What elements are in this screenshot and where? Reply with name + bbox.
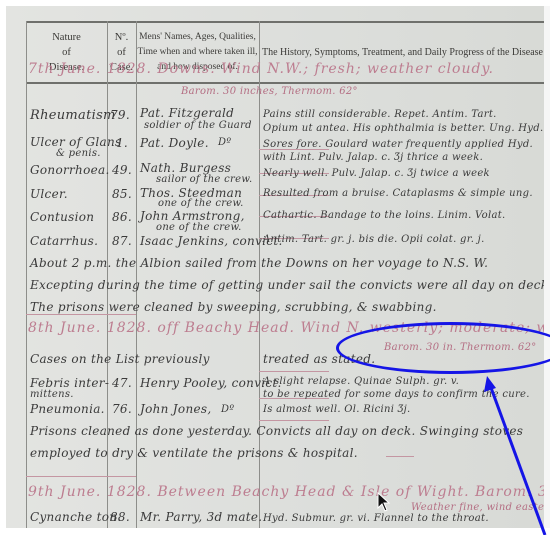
mouse-cursor-icon bbox=[377, 492, 391, 512]
history-line: Antim. Tart. gr. j. bis die. Opii colat.… bbox=[263, 234, 485, 245]
header-bottom-rule bbox=[26, 82, 544, 84]
journal-page: Nature of Disease. Nº. of Case. Mens' Na… bbox=[6, 6, 544, 528]
header-text: Nature bbox=[26, 30, 107, 45]
header-text: of bbox=[26, 45, 107, 60]
name-cell: Pat. Fitzgerald bbox=[140, 106, 234, 120]
case-number-cell: 85. bbox=[112, 187, 132, 201]
case-number-cell: 79. bbox=[110, 108, 130, 122]
name-note: sailor of the crew. bbox=[156, 174, 252, 185]
disease-cell: Pneumonia. bbox=[30, 402, 105, 416]
disease-cell: Febris inter- bbox=[30, 376, 109, 390]
name-cell: Henry Pooley, convict. bbox=[140, 376, 282, 390]
name-cell: Nath. Burgess bbox=[140, 161, 231, 175]
column-divider-left bbox=[26, 21, 27, 528]
name-note: soldier of the Guard bbox=[144, 120, 252, 131]
case-number-cell: 49. bbox=[112, 163, 132, 177]
disease-cell: Catarrhus. bbox=[30, 234, 98, 248]
red-separator bbox=[259, 371, 329, 372]
red-separator bbox=[259, 420, 329, 421]
name-note: one of the crew. bbox=[156, 222, 242, 233]
case-number-cell: 47. bbox=[112, 376, 132, 390]
date-line-7-june: 7th June. 1828. Downs. Wind N.W.; fresh;… bbox=[28, 61, 494, 77]
journal-note: Excepting during the time of getting und… bbox=[30, 278, 544, 292]
header-text: Nº. bbox=[107, 30, 136, 45]
journal-note: About 2 p.m. the Albion sailed from the … bbox=[30, 256, 488, 270]
journal-note: Prisons cleaned as done yesterday. Convi… bbox=[30, 424, 523, 438]
journal-note: employed to dry & ventilate the prisons … bbox=[30, 446, 358, 460]
name-note: one of the crew. bbox=[158, 198, 244, 209]
history-line: to be repeated for some days to confirm … bbox=[263, 389, 530, 400]
name-cell: John Jones, bbox=[140, 402, 211, 416]
history-line: A slight relapse. Quinae Sulph. gr. v. bbox=[263, 376, 459, 387]
red-separator bbox=[26, 314, 136, 315]
disease-cell: Rheumatism bbox=[30, 108, 116, 123]
table-top-rule bbox=[26, 21, 544, 23]
case-number-cell: 76. bbox=[112, 402, 132, 416]
name-note: Dº bbox=[218, 137, 231, 148]
disease-note: & penis. bbox=[56, 148, 101, 159]
case-number-cell: 1. bbox=[116, 136, 128, 150]
weather-note: Weather fine, wind easterly bbox=[411, 502, 544, 513]
name-note: Dº bbox=[221, 404, 234, 415]
red-separator bbox=[386, 456, 414, 457]
history-line: with Lint. Pulv. Jalap. c. Ʒj thrice a w… bbox=[263, 152, 483, 163]
header-text: Time when and where taken ill, bbox=[136, 45, 259, 60]
history-line: Pains still considerable. Repet. Antim. … bbox=[263, 109, 497, 120]
history-line: Nearly well. Pulv. Jalap. c. Ʒj twice a … bbox=[263, 168, 490, 179]
disease-cell: Contusion bbox=[30, 210, 94, 224]
case-number-cell: 88. bbox=[110, 510, 130, 524]
name-cell: Isaac Jenkins, convict. bbox=[140, 234, 283, 248]
history-line: Sores fore. Goulard water frequently app… bbox=[263, 139, 533, 150]
header-text: of bbox=[107, 45, 136, 60]
highlight-ellipse-annotation bbox=[336, 322, 550, 374]
case-number-cell: 87. bbox=[112, 234, 132, 248]
history-line: Opium ut antea. His ophthalmia is better… bbox=[263, 123, 543, 134]
header-text: The History, Symptoms, Treatment, and Da… bbox=[262, 45, 544, 60]
journal-note: The prisons were cleaned by sweeping, sc… bbox=[30, 300, 437, 314]
disease-cell: Cases on the List previously bbox=[30, 352, 210, 366]
history-line: Hyd. Submur. gr. vi. Flannel to the thro… bbox=[263, 513, 489, 524]
name-cell: John Armstrong, bbox=[140, 209, 245, 223]
disease-cell: Cynanche ton. bbox=[30, 510, 121, 524]
red-separator bbox=[26, 476, 136, 477]
history-line: Cathartic. Bandage to the loins. Linim. … bbox=[263, 210, 506, 221]
name-cell: Pat. Doyle. bbox=[140, 136, 209, 150]
header-text: Mens' Names, Ages, Qualities, bbox=[136, 30, 259, 45]
name-cell: Mr. Parry, 3d mate. bbox=[140, 510, 262, 524]
history-line: Is almost well. Ol. Ricini Ʒj. bbox=[263, 404, 411, 415]
disease-cell: Ulcer of Glans bbox=[30, 135, 121, 149]
case-number-cell: 86. bbox=[112, 210, 132, 224]
header-history: The History, Symptoms, Treatment, and Da… bbox=[262, 45, 544, 60]
disease-cell: Ulcer. bbox=[30, 187, 68, 201]
barometer-reading: Barom. 30 inches, Thermom. 62° bbox=[181, 86, 358, 97]
history-line: Resulted from a bruise. Cataplasms & sim… bbox=[263, 188, 533, 199]
disease-cell: Gonorrhoea. bbox=[30, 163, 110, 177]
scan-edge bbox=[544, 6, 550, 528]
disease-note: mittens. bbox=[30, 389, 74, 400]
date-line-9-june: 9th June. 1828. Between Beachy Head & Is… bbox=[28, 484, 544, 500]
